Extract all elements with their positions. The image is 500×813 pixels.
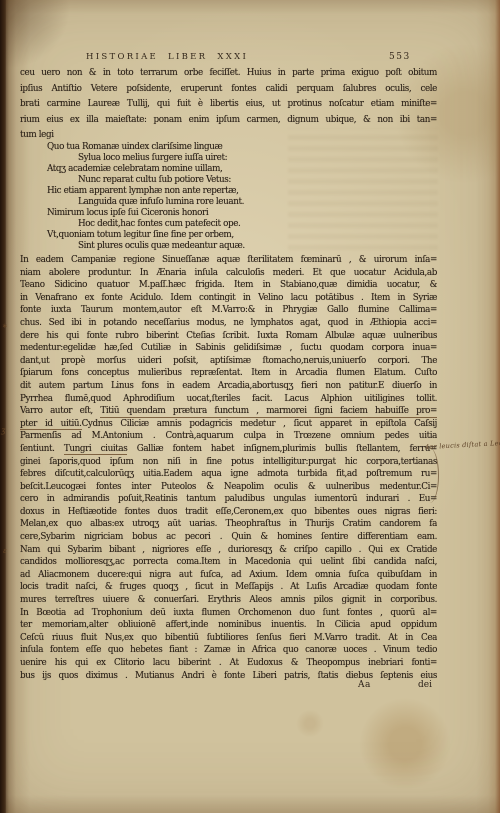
text-line: ſentiunt. Tungri ciuitas Galliæ fontem h… [20,443,437,456]
text-line: ſpiarum fons conceptus mulieribus repræſ… [20,367,437,380]
text-line: cero in admirandis poſuit,Reatinis tantu… [20,493,437,506]
text-line: ad Aliacmonem ducere:qui nigra aut fuſca… [20,569,437,582]
gathering-signature: Aa [358,680,371,690]
text-line: In Bœotia ad Trophonium deū iuxta flumen… [20,607,437,620]
text-line: mures terreſtres uiuere & conuerſari. Er… [20,594,437,607]
margin-brace-mark [429,448,439,503]
text-line: niam abolere produntur. In Ænaria inſula… [20,267,437,280]
page-number: 553 [389,52,411,62]
text-line: Varro autor eſt, Titiū quendam prætura f… [20,405,437,418]
text-line: dant,ut propè morſus uideri poſsit, apti… [20,355,437,368]
text-line: Hoc dedit,hac fontes cum patefecit ope. [20,219,437,230]
text-line: pter id uitiū.Cydnus Ciliciæ amnis podag… [20,418,437,431]
text-line: dere his qui fonte rubro biberint Cteſia… [20,330,437,343]
ink-underlined-text: Tungri ciuitas [64,444,128,456]
text-line: Parmenſis ad M.Antonium . Contrà,aquarum… [20,430,437,443]
text-line: ginei ſaporis,quod ipſum non niſi in fin… [20,456,437,469]
text-line: ceu uero non & in toto terrarum orbe fec… [20,66,437,82]
text-line: Nam qui Sybarim bibant , nigriores eſſe … [20,544,437,557]
intro-paragraph: ceu uero non & in toto terrarum orbe fec… [20,66,437,144]
catchword: dei [418,680,432,690]
text-line: Sint plures oculis quæ medeantur aquæ. [20,241,437,252]
text-line: chus. Sed ibi in potando neceſſarius mod… [20,317,437,330]
margin-mark: ∗ [2,322,8,330]
text-line: cere,Sybarim nigriciam bobus ac pecori .… [20,531,437,544]
text-line: candidos mollioresqʒ,ac porrecta coma.It… [20,556,437,569]
text-line: Ceſcū riuus fluit Nus,ex quo bibentiū ſu… [20,632,437,645]
page-binding-edge [0,0,6,813]
ink-underlined-text: pter id uitiū. [20,419,82,431]
text-line: ipſius Antiſtio Vetere poſsidente, erupe… [20,82,437,98]
verse-block: Quo tua Romanæ uindex clariſsime linguæS… [20,142,437,252]
text-line: doxus in Heſtiæotide fontes duos tradit … [20,506,437,519]
signature-line: Aa dei [20,680,437,694]
ink-underlined-text: Titiū quendam prætura functum , marmorei… [100,406,437,418]
text-line: in Venafrano ex fonte Acidulo. Idem cont… [20,292,437,305]
running-header: HISTORIAE LIBER XXXI [86,52,248,62]
text-line: Hic etiam apparent lymphæ non ante reper… [20,186,437,197]
margin-mark: ʒ [1,426,6,435]
main-text-block: In eadem Campaniæ regione Sinueſſanæ aqu… [20,254,437,682]
text-line: uenire his qui ex Clitorio lacu biberint… [20,657,437,670]
text-line: Teano Sidicino quatuor M.paſſ.hæc frigid… [20,279,437,292]
text-line: beſcit.Leucogæi fontes inter Puteolos & … [20,481,437,494]
text-line: rium eius ex illa maieſtate: ponam enim … [20,113,437,129]
text-line: Melan,ex quo albas:ex utroqʒ aūt uarias.… [20,518,437,531]
text-line: fonte iuxta Taurum montem,autor eſt M.Va… [20,304,437,317]
text-line: Nimirum locus ipſe ſui Ciceronis honori [20,208,437,219]
text-line: locis tradit naſci, & fruges quoqʒ , ſic… [20,581,437,594]
text-line: Vt,quoniam totum legitur ſine fine per o… [20,230,437,241]
text-line: dit autem partum Linus fons in eadem Arc… [20,380,437,393]
text-line: Nunc reparat cultu ſub potiore Vetus: [20,175,437,186]
text-line: inſula fontem eſſe quo hebetes fiant : Z… [20,644,437,657]
text-line: Sylua loco melius ſurgere iuſſa uiret: [20,153,437,164]
text-line: febres diſcutit,calculorūqʒ uitia.Eadem … [20,468,437,481]
text-line: medentur:egelidæ hæ,ſed Cutiliæ in Sabin… [20,342,437,355]
text-line: ter memoriam,alter obliuionē affert,inde… [20,619,437,632]
text-line: Quo tua Romanæ uindex clariſsime linguæ [20,142,437,153]
text-line: Atqʒ academiæ celebratam nomine uillam, [20,164,437,175]
text-line: In eadem Campaniæ regione Sinueſſanæ aqu… [20,254,437,267]
text-line: brati carmine Laureæ Tullij, qui fuit è … [20,97,437,113]
book-page-scan: HISTORIAE LIBER XXXI 553 ceu uero non & … [0,0,500,813]
text-line: Pyrrhea flumē,quod Aphrodiſium uocat,ſte… [20,393,437,406]
margin-mark: ɛ [3,547,7,555]
text-line: Languida quæ infuſo lumina rore leuant. [20,197,437,208]
